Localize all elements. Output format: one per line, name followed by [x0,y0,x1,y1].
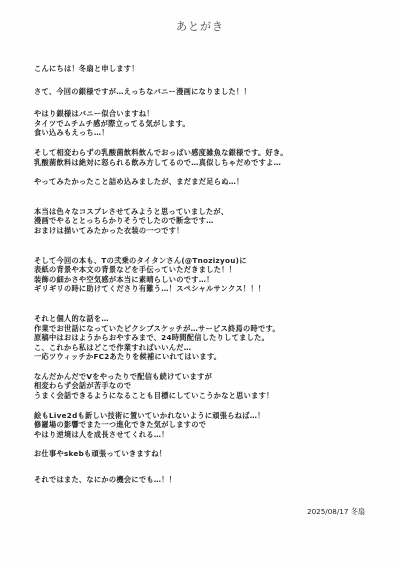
text-line: うまく会話できるようになることも目標にしていこうかなと思います！ [34,391,374,401]
paragraph: 絵もLive2dも新しい技術に置いていかれないように頑張らねば…！修羅場の影響で… [34,411,374,440]
afterword-page: あとがき こんにちは！冬扇と申します！さて、今回の銀様ですが…えっちなバニー漫画… [0,0,400,568]
text-line: それと個人的な話を… [34,314,374,324]
paragraph: お仕事やskebも頑張っていきますね！ [34,449,374,459]
text-line: 乳酸菌飲料は絶対に怒られる飲み方してるので…真似しちゃだめですよ… [34,158,374,168]
text-line: なんだかんだでVをやったりで配信も続けていますが [34,372,374,382]
text-line: それではまた、なにかの機会にでも…！！ [34,475,374,485]
text-line: こ、これから私はどこで作業すればいいんだ… [34,343,374,353]
text-line: 原稿中はおはようからおやすみまで、24時間配信したりしてました。 [34,333,374,343]
paragraph: それではまた、なにかの機会にでも…！！ [34,475,374,485]
text-line: 作業でお世話になっていたピクシブスケッチが…サービス終焉の時です。 [34,324,374,334]
text-line: ギリギリの時に助けてくださり有難う…！スペシャルサンクス！！！ [34,284,374,294]
afterword-body: こんにちは！冬扇と申します！さて、今回の銀様ですが…えっちなバニー漫画になりまし… [34,64,374,485]
paragraph: こんにちは！冬扇と申します！ [34,64,374,74]
text-line: 絵もLive2dも新しい技術に置いていかれないように頑張らねば…！ [34,411,374,421]
text-line: こんにちは！冬扇と申します！ [34,64,374,74]
text-line: タイツでムチムチ感が際立ってる気がします。 [34,119,374,129]
text-line: そして今回の本も、Tの弐乗のタイタンさん(@Tnozizyou)に [34,256,374,266]
paragraph: そして相変わらずの乳酸菌飲料飲んでおっぱい感度雑魚な銀様です。好き。乳酸菌飲料は… [34,148,374,167]
text-line: おまけは描いてみたかった衣装の一つです！ [34,226,374,236]
text-line: 相変わらず会話が苦手なので [34,381,374,391]
paragraph: そして今回の本も、Tの弐乗のタイタンさん(@Tnozizyou)に表紙の背景や本… [34,256,374,294]
text-line: お仕事やskebも頑張っていきますね！ [34,449,374,459]
text-line: 装飾の細かさや空気感が本当に素晴らしいのです…！ [34,275,374,285]
text-line: 修羅場の影響でまた一つ進化できた気がしますので [34,420,374,430]
paragraph: それと個人的な話を…作業でお世話になっていたピクシブスケッチが…サービス終焉の時… [34,314,374,362]
signature-date: 2025/08/17 冬扇 [307,507,365,517]
text-line: そして相変わらずの乳酸菌飲料飲んでおっぱい感度雑魚な銀様です。好き。 [34,148,374,158]
text-line: 食い込みもえっち…！ [34,128,374,138]
text-line: 漫画でやるととっちらかりそうでしたので断念です… [34,216,374,226]
paragraph: さて、今回の銀様ですが…えっちなバニー漫画になりました！！ [34,87,374,97]
text-line: 一応ツウィッチかFC2あたりを候補にいれてはいます。 [34,352,374,362]
text-line: やってみたかったこと詰め込みましたが、まだまだ足らぬ…！ [34,177,374,187]
text-line: 本当は色々なコスプレさせてみようと思っていましたが、 [34,207,374,217]
text-line: 表紙の背景や本文の背景などを手伝っていただきました！！ [34,265,374,275]
text-line: やはり銀様はバニー似合いますね！ [34,109,374,119]
paragraph: やってみたかったこと詰め込みましたが、まだまだ足らぬ…！ [34,177,374,187]
paragraph: なんだかんだでVをやったりで配信も続けていますが相変わらず会話が苦手なのでうまく… [34,372,374,401]
paragraph: やはり銀様はバニー似合いますね！タイツでムチムチ感が際立ってる気がします。食い込… [34,109,374,138]
text-line: さて、今回の銀様ですが…えっちなバニー漫画になりました！！ [34,87,374,97]
text-line: やはり逆境は人を成長させてくれる…！ [34,430,374,440]
paragraph: 本当は色々なコスプレさせてみようと思っていましたが、漫画でやるととっちらかりそう… [34,207,374,236]
page-title: あとがき [0,18,400,34]
